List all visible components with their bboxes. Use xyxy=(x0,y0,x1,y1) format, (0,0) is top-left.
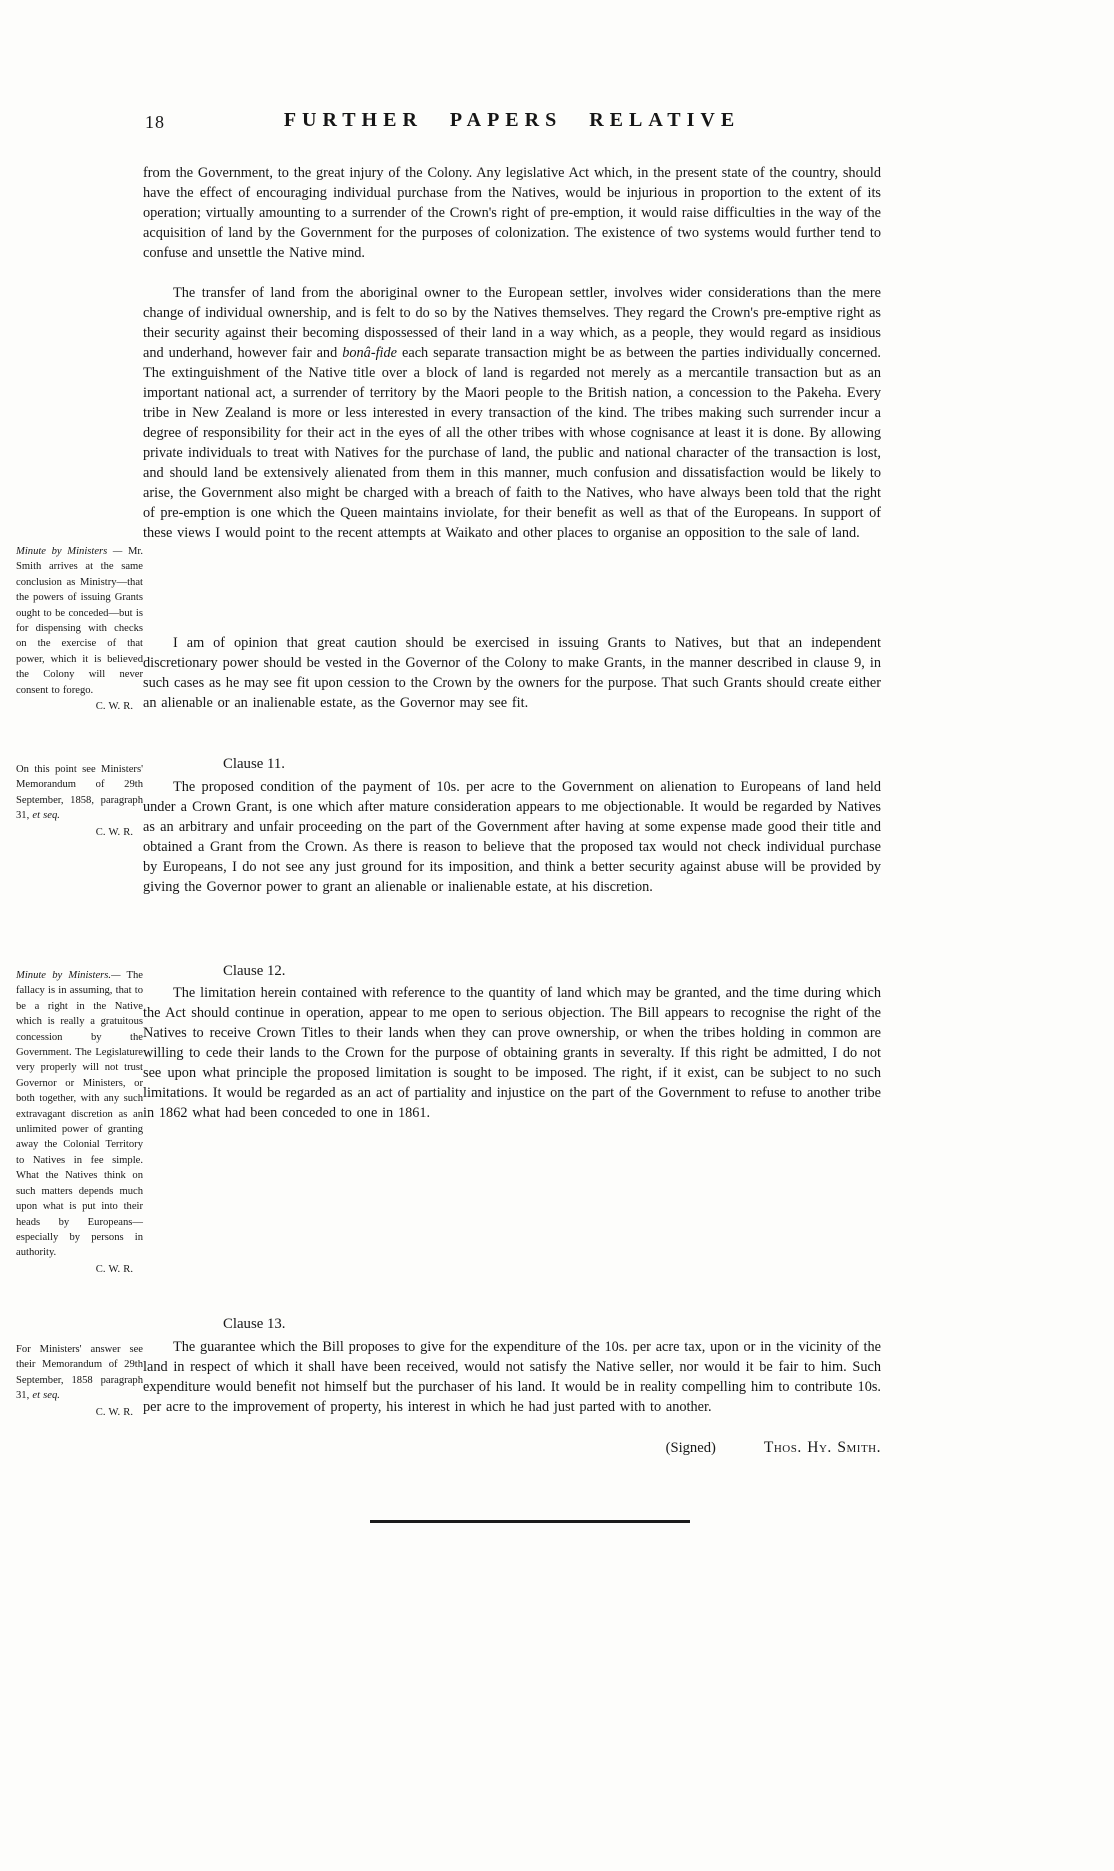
clause-13-heading: Clause 13. xyxy=(143,1314,961,1334)
margin-note-lead: Minute by Ministers.— xyxy=(16,970,121,981)
body-paragraph-opinion-on-grants: I am of opinion that great caution shoul… xyxy=(143,633,881,713)
clause-11-heading: Clause 11. xyxy=(143,754,961,774)
margin-note-minute-by-ministers-2: Minute by Ministers.— The fallacy is in … xyxy=(16,968,143,1277)
signed-label: (Signed) xyxy=(666,1440,716,1456)
margin-note-signoff: C. W. R. xyxy=(16,1405,143,1420)
paragraph-text: each separate transaction might be as be… xyxy=(143,345,881,541)
margin-note-memorandum-ref-1: On this point see Ministers' Memorandum … xyxy=(16,762,143,840)
margin-note-signoff: C. W. R. xyxy=(16,825,143,840)
margin-note-signoff: C. W. R. xyxy=(16,699,143,714)
signature-name: Thos. Hy. Smith. xyxy=(764,1439,881,1456)
body-paragraph-continuation: from the Government, to the great injury… xyxy=(143,163,881,263)
clause-12-paragraph: The limitation herein contained with ref… xyxy=(143,983,881,1123)
clause-12-heading: Clause 12. xyxy=(143,961,961,981)
margin-note-minute-by-ministers-1: Minute by Ministers — Mr. Smith arrives … xyxy=(16,544,143,714)
document-page: 18 FURTHER PAPERS RELATIVE Minute by Min… xyxy=(0,0,1114,1871)
margin-note-memorandum-ref-2: For Ministers' answer see their Memorand… xyxy=(16,1342,143,1420)
margin-note-tail: et seq. xyxy=(32,810,60,821)
paragraph-italic-term: bonâ-fide xyxy=(342,345,397,361)
margin-note-body: Mr. Smith arrives at the same conclusion… xyxy=(16,546,143,696)
signature-line: (Signed)Thos. Hy. Smith. xyxy=(143,1438,881,1458)
body-paragraph-transfer-of-land: The transfer of land from the aboriginal… xyxy=(143,283,881,543)
clause-13-paragraph: The guarantee which the Bill proposes to… xyxy=(143,1337,881,1417)
clause-11-paragraph: The proposed condition of the payment of… xyxy=(143,777,881,897)
margin-note-tail: et seq. xyxy=(32,1390,60,1401)
page-title: FURTHER PAPERS RELATIVE xyxy=(143,109,881,132)
margin-note-lead: Minute by Ministers — xyxy=(16,546,122,557)
section-end-rule xyxy=(370,1520,690,1523)
margin-note-signoff: C. W. R. xyxy=(16,1262,143,1277)
margin-note-body: The fallacy is in assuming, that to be a… xyxy=(16,970,143,1258)
